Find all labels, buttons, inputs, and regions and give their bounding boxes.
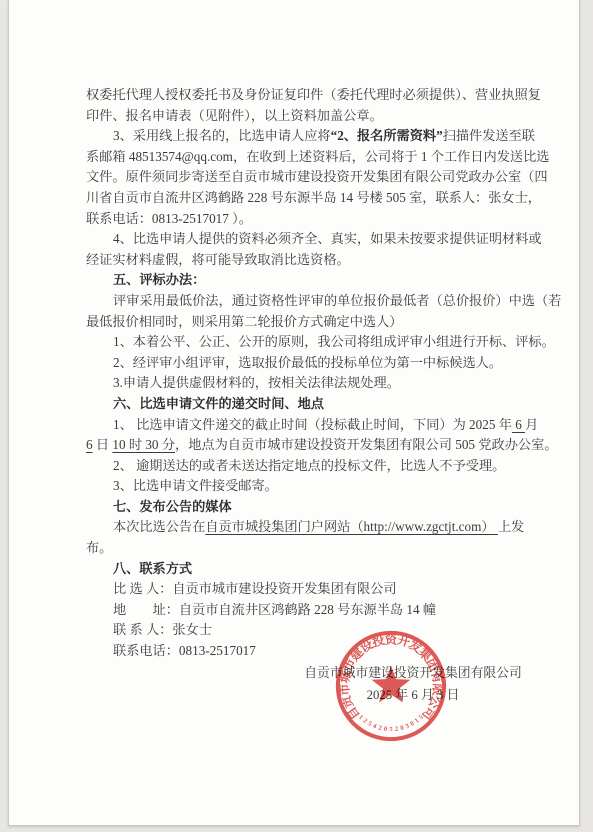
official-seal: 自贡市城市建设投资开发集团有限公司 5103025024521 [329, 624, 453, 748]
document-text-segment: 联 系 人：张女士 [113, 622, 212, 637]
document-text-segment: 最低报价相同时，则采用第二轮报价方式确定中选人） [86, 314, 403, 329]
document-line: 3.申请人提供虚假材料的，按相关法律法规处理。 [86, 373, 526, 394]
document-text-segment: 10 时 30 分 [112, 437, 175, 452]
document-text-segment: 4、比选申请人提供的资料必须齐全、真实，如果未按要求提供证明材料或 [113, 231, 542, 246]
document-text-segment: 布。 [86, 540, 112, 555]
document-text-segment: 权委托代理人授权委托书及身份证复印件（委托代理时必须提供）、营业执照复 [86, 87, 541, 102]
document-line: 五、评标办法： [86, 270, 526, 291]
document-text-segment: 上发 [498, 519, 524, 534]
star-icon [372, 666, 411, 703]
document-page: 权委托代理人授权委托书及身份证复印件（委托代理时必须提供）、营业执照复印件、报名… [8, 0, 580, 826]
document-line: 系邮箱 48513574@qq.com，在收到上述资料后，公司将于 1 个工作日… [86, 147, 526, 168]
document-text-segment: 七、发布公告的媒体 [113, 499, 232, 514]
document-text-segment: 日 [93, 437, 113, 452]
document-line: 4、比选申请人提供的资料必须齐全、真实，如果未按要求提供证明材料或 [86, 229, 526, 250]
document-text-segment: ，地点为自贡市城市建设投资开发集团有限公司 505 党政办公室。 [175, 437, 557, 452]
document-line: 最低报价相同时，则采用第二轮报价方式确定中选人） [86, 312, 526, 333]
svg-text:2: 2 [394, 726, 399, 733]
document-text-segment: 比 选 人：自贡市城市建设投资开发集团有限公司 [113, 581, 397, 596]
document-line: 3、采用线上报名的，比选申请人应将“2、报名所需资料”扫描件发送至联 [86, 126, 526, 147]
document-line: 评审采用最低价法，通过资格性评审的单位报价最低者（总价报价）中选（若 [86, 291, 526, 312]
document-text-segment: 联系电话：0813-2517017 [113, 643, 256, 658]
document-text-segment: 3.申请人提供虚假材料的，按相关法律法规处理。 [113, 375, 400, 390]
document-text-segment: 3、比选申请文件接受邮寄。 [113, 478, 278, 493]
document-text-segment: 经证实材料虚假，将可能导致取消比选资格。 [86, 252, 350, 267]
document-text-segment: 2、 逾期送达的或者未送达指定地点的投标文件，比选人不予受理。 [113, 458, 505, 473]
document-text-segment: 印件、报名申请表（见附件），以上资料加盖公章。 [86, 108, 383, 123]
svg-text:0: 0 [383, 726, 388, 733]
document-line: 布。 [86, 538, 526, 559]
document-text-segment: 1、 比选申请文件递交的截止时间（投标截止时间，下同）为 2025 年 [113, 417, 512, 432]
document-line: 联系电话：0813-2517017 ）。 [86, 209, 526, 230]
document-text-segment: 八、联系方式 [113, 561, 192, 576]
document-line: 印件、报名申请表（见附件），以上资料加盖公章。 [86, 106, 526, 127]
seal-number: 5103025024521 [357, 713, 425, 733]
document-line: 2、 逾期送达的或者未送达指定地点的投标文件，比选人不予受理。 [86, 456, 526, 477]
document-line: 1、本着公平、公正、公开的原则，我公司将组成评审小组进行开标、评标。 [86, 332, 526, 353]
document-text-segment: 扫描件发送至联 [443, 128, 535, 143]
svg-text:2: 2 [377, 724, 383, 732]
document-text-segment: 3、采用线上报名的，比选申请人应将 [113, 128, 331, 143]
svg-text:5: 5 [389, 726, 393, 733]
document-line: 川省自贡市自流井区鸿鹤路 228 号东源半岛 14 号楼 505 室，联系人：张… [86, 188, 526, 209]
document-line: 2、经评审小组评审，选取报价最低的投标单位为第一中标候选人。 [86, 353, 526, 374]
document-text-segment: 自贡市城投集团门户网站（http://www.zgctjt.com） [205, 519, 498, 534]
seal-graphic: 自贡市城市建设投资开发集团有限公司 5103025024521 [329, 624, 453, 748]
document-line: 地 址：自贡市自流井区鸿鹤路 228 号东源半岛 14 幢 [86, 600, 526, 621]
document-line: 3、比选申请文件接受邮寄。 [86, 476, 526, 497]
document-text-segment: 月 [525, 417, 538, 432]
document-text-segment: 联系电话：0813-2517017 ）。 [86, 211, 252, 226]
document-text-segment: 6 [86, 437, 93, 452]
document-text-segment: 地 址：自贡市自流井区鸿鹤路 228 号东源半岛 14 幢 [113, 602, 436, 617]
document-text-segment: 本次比选公告在 [113, 519, 205, 534]
document-text-segment: 六、比选申请文件的递交时间、地点 [113, 396, 324, 411]
document-line: 6 日 10 时 30 分，地点为自贡市城市建设投资开发集团有限公司 505 党… [86, 435, 526, 456]
document-line: 比 选 人：自贡市城市建设投资开发集团有限公司 [86, 579, 526, 600]
document-line: 1、 比选申请文件递交的截止时间（投标截止时间，下同）为 2025 年 6 月 [86, 415, 526, 436]
document-text-segment: 文件。原件须同步寄送至自贡市城市建设投资开发集团有限公司党政办公室（四 [86, 169, 548, 184]
document-line: 权委托代理人授权委托书及身份证复印件（委托代理时必须提供）、营业执照复 [86, 85, 526, 106]
document-line: 文件。原件须同步寄送至自贡市城市建设投资开发集团有限公司党政办公室（四 [86, 167, 526, 188]
document-text-segment: 评审采用最低价法，通过资格性评审的单位报价最低者（总价报价）中选（若 [113, 293, 561, 308]
document-text-segment: 五、评标办法： [113, 272, 205, 287]
document-text-segment: “2、报名所需资料” [331, 128, 443, 143]
document-line: 联系电话：0813-2517017 [86, 641, 526, 662]
document-text-segment: 2、经评审小组评审，选取报价最低的投标单位为第一中标候选人。 [113, 355, 502, 370]
document-text-segment: 川省自贡市自流井区鸿鹤路 228 号东源半岛 14 号楼 505 室，联系人：张… [86, 190, 541, 205]
document-line: 本次比选公告在自贡市城投集团门户网站（http://www.zgctjt.com… [86, 517, 526, 538]
document-text-segment: 6 [512, 417, 525, 432]
document-line: 联 系 人：张女士 [86, 620, 526, 641]
document-line: 六、比选申请文件的递交时间、地点 [86, 394, 526, 415]
document-line: 七、发布公告的媒体 [86, 497, 526, 518]
document-text-segment: 系邮箱 48513574@qq.com，在收到上述资料后，公司将于 1 个工作日… [86, 149, 549, 164]
document-line: 八、联系方式 [86, 559, 526, 580]
document-line: 经证实材料虚假，将可能导致取消比选资格。 [86, 250, 526, 271]
document-text-segment: 1、本着公平、公正、公开的原则，我公司将组成评审小组进行开标、评标。 [113, 334, 555, 349]
document-body: 权委托代理人授权委托书及身份证复印件（委托代理时必须提供）、营业执照复印件、报名… [86, 85, 526, 662]
